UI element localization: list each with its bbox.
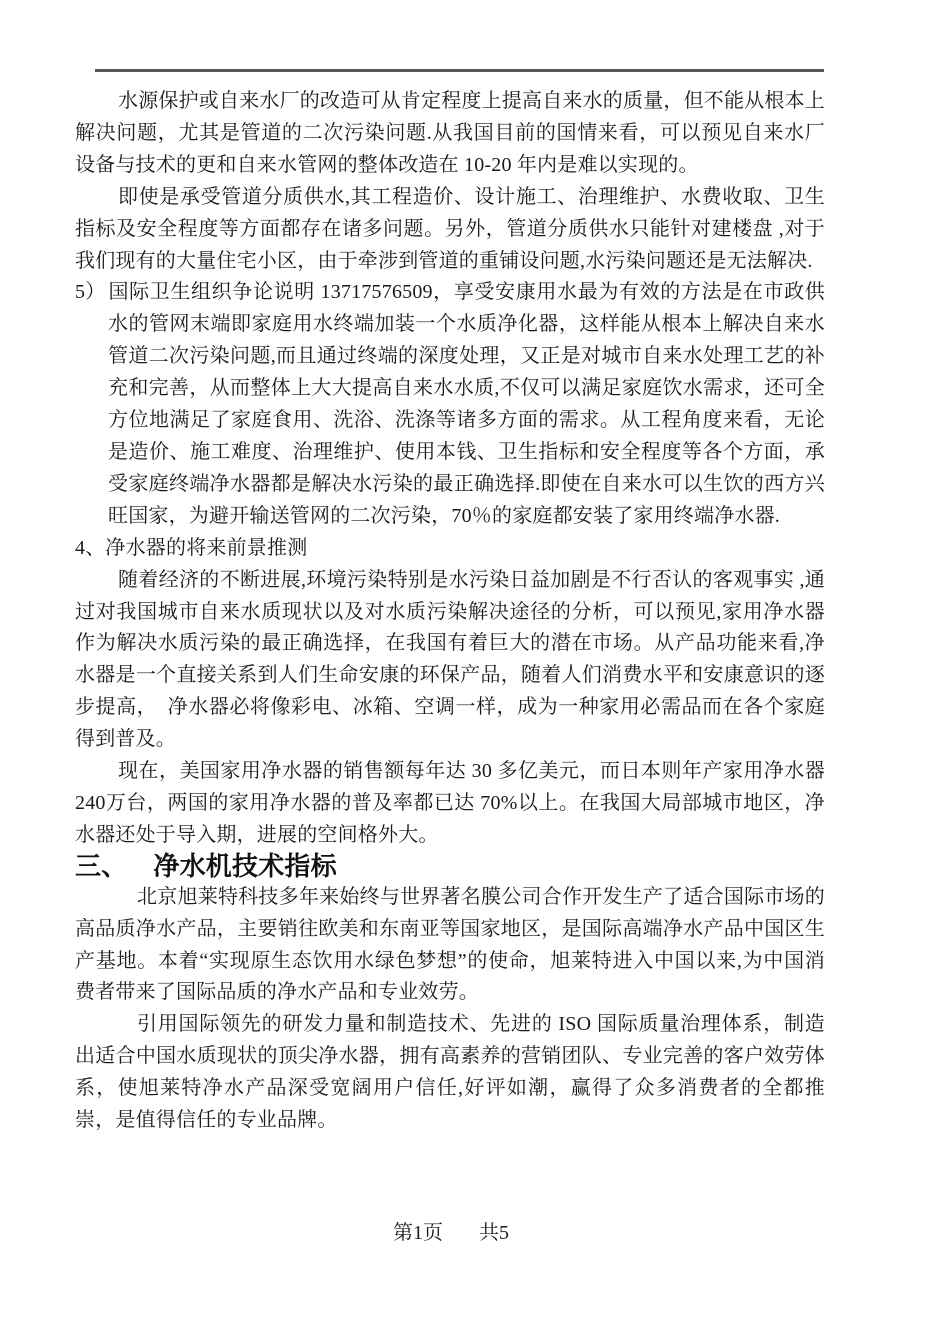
heading-3-number: 三、 bbox=[75, 852, 127, 881]
heading-3-title: 净水机技术指标 bbox=[153, 852, 336, 881]
paragraph-water-source-protection: 水源保护或自来水厂的改造可从肯定程度上提高自来水的质量，但不能从根本上解决问题，… bbox=[75, 86, 825, 182]
page-footer: 第1页 共5 bbox=[393, 1220, 509, 1246]
paragraph-iso-quality: 引用国际领先的研发力量和制造技术、先进的 ISO 国际质量治理体系，制造出适合中… bbox=[75, 1009, 825, 1137]
paragraph-beijing-xulaite: 北京旭莱特科技多年来始终与世界著名膜公司合作开发生产了适合国际市场的高品质净水产… bbox=[75, 882, 825, 1010]
subheading-4-future-outlook: 4、净水器的将来前景推测 bbox=[75, 533, 825, 565]
paragraph-us-japan-market: 现在，美国家用净水器的销售额每年达 30 多亿美元，而日本则年产家用净水器 24… bbox=[75, 756, 825, 852]
footer-page-total: 共5 bbox=[479, 1220, 509, 1246]
list-item-5-marker: 5） bbox=[75, 277, 108, 309]
list-item-5-text: 国际卫生组织争论说明 13717576509，享受安康用水最为有效的方法是在市政… bbox=[108, 281, 825, 526]
heading-3-technical-specs: 三、净水机技术指标 bbox=[75, 852, 825, 882]
paragraph-pipe-quality-supply: 即使是承受管道分质供水,其工程造价、设计施工、治理维护、水费收取、卫生指标及安全… bbox=[75, 182, 825, 278]
document-page: 水源保护或自来水厂的改造可从肯定程度上提高自来水的质量，但不能从根本上解决问题，… bbox=[0, 0, 950, 1344]
header-rule bbox=[95, 69, 824, 72]
paragraph-economic-growth: 随着经济的不断进展,环境污染特别是水污染日益加剧是不行否认的客观事实 ,通过对我… bbox=[75, 565, 825, 756]
list-item-5: 5）国际卫生组织争论说明 13717576509，享受安康用水最为有效的方法是在… bbox=[75, 277, 825, 532]
footer-page-number: 第1页 bbox=[393, 1220, 443, 1246]
document-body: 水源保护或自来水厂的改造可从肯定程度上提高自来水的质量，但不能从根本上解决问题，… bbox=[75, 86, 825, 1137]
